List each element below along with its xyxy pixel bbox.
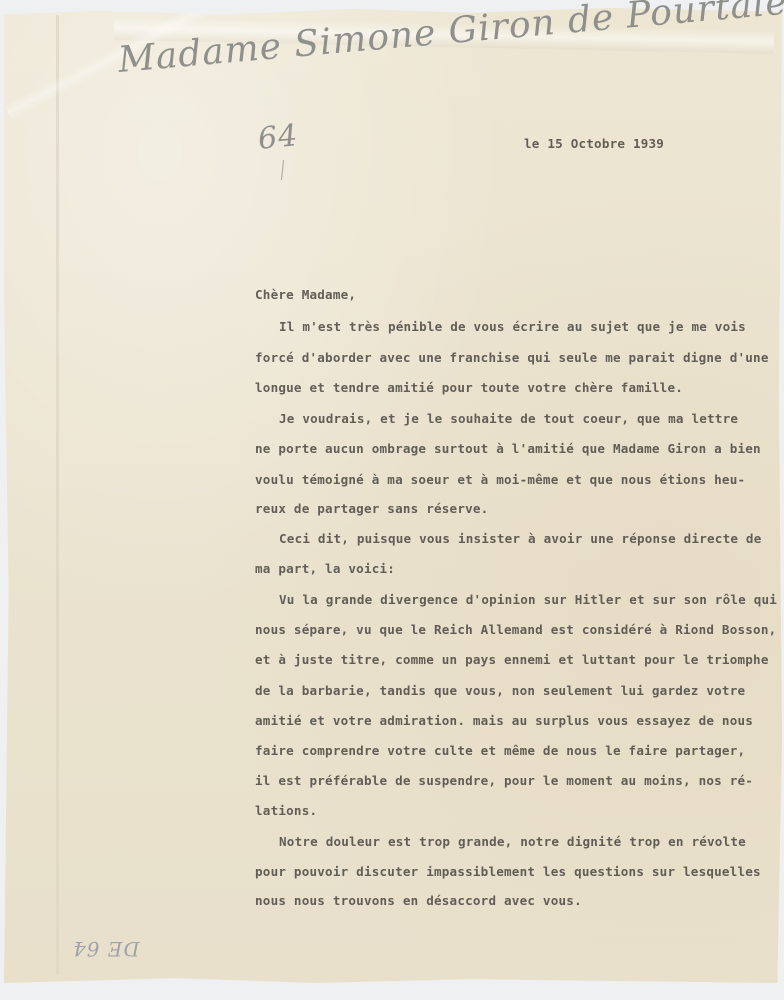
scanned-document: Madame Simone Giron de Pourtalès 64 DE 6… xyxy=(0,0,784,1000)
paragraph-4-line-4: de la barbarie, tandis que vous, non seu… xyxy=(255,683,745,698)
paragraph-1-line-1: Il m'est très pénible de vous écrire au … xyxy=(279,319,746,334)
paragraph-2-line-3: voulu témoigné à ma soeur et à moi-même … xyxy=(255,472,745,487)
paragraph-5-line-1: Notre douleur est trop grande, notre dig… xyxy=(279,834,746,849)
paragraph-1-line-2: forcé d'aborder avec une franchise qui s… xyxy=(255,350,769,365)
paragraph-4-line-6: faire comprendre votre culte et même de … xyxy=(255,743,745,758)
paragraph-4-line-2: nous sépare, vu que le Reich Allemand es… xyxy=(255,622,776,637)
paragraph-4-line-8: lations. xyxy=(255,803,317,818)
paragraph-1-line-3: longue et tendre amitié pour toute votre… xyxy=(255,380,683,395)
paragraph-5-line-2: pour pouvoir discuter impassiblement les… xyxy=(255,864,761,879)
letter-salutation: Chère Madame, xyxy=(255,287,356,302)
paragraph-4-line-3: et à juste titre, comme un pays ennemi e… xyxy=(255,652,769,667)
paragraph-5-line-3: nous nous trouvons en désaccord avec vou… xyxy=(255,893,582,908)
paragraph-3-line-2: ma part, la voici: xyxy=(255,561,395,576)
paragraph-4-line-7: il est préférable de suspendre, pour le … xyxy=(255,773,753,788)
paragraph-4-line-5: amitié et votre admiration. mais au surp… xyxy=(255,713,753,728)
paragraph-2-line-4: reux de partager sans réserve. xyxy=(255,501,488,516)
handwritten-number: 64 xyxy=(256,118,300,157)
paragraph-2-line-2: ne porte aucun ombrage surtout à l'amiti… xyxy=(255,441,761,456)
paper-fold-line xyxy=(56,15,59,975)
paragraph-2-line-1: Je voudrais, et je le souhaite de tout c… xyxy=(279,411,738,426)
paragraph-4-line-1: Vu la grande divergence d'opinion sur Hi… xyxy=(279,592,777,607)
paragraph-3-line-1: Ceci dit, puisque vous insister à avoir … xyxy=(279,531,762,546)
letter-date: le 15 Octobre 1939 xyxy=(524,136,664,151)
handwritten-corner-mark: DE 64 xyxy=(72,937,139,961)
